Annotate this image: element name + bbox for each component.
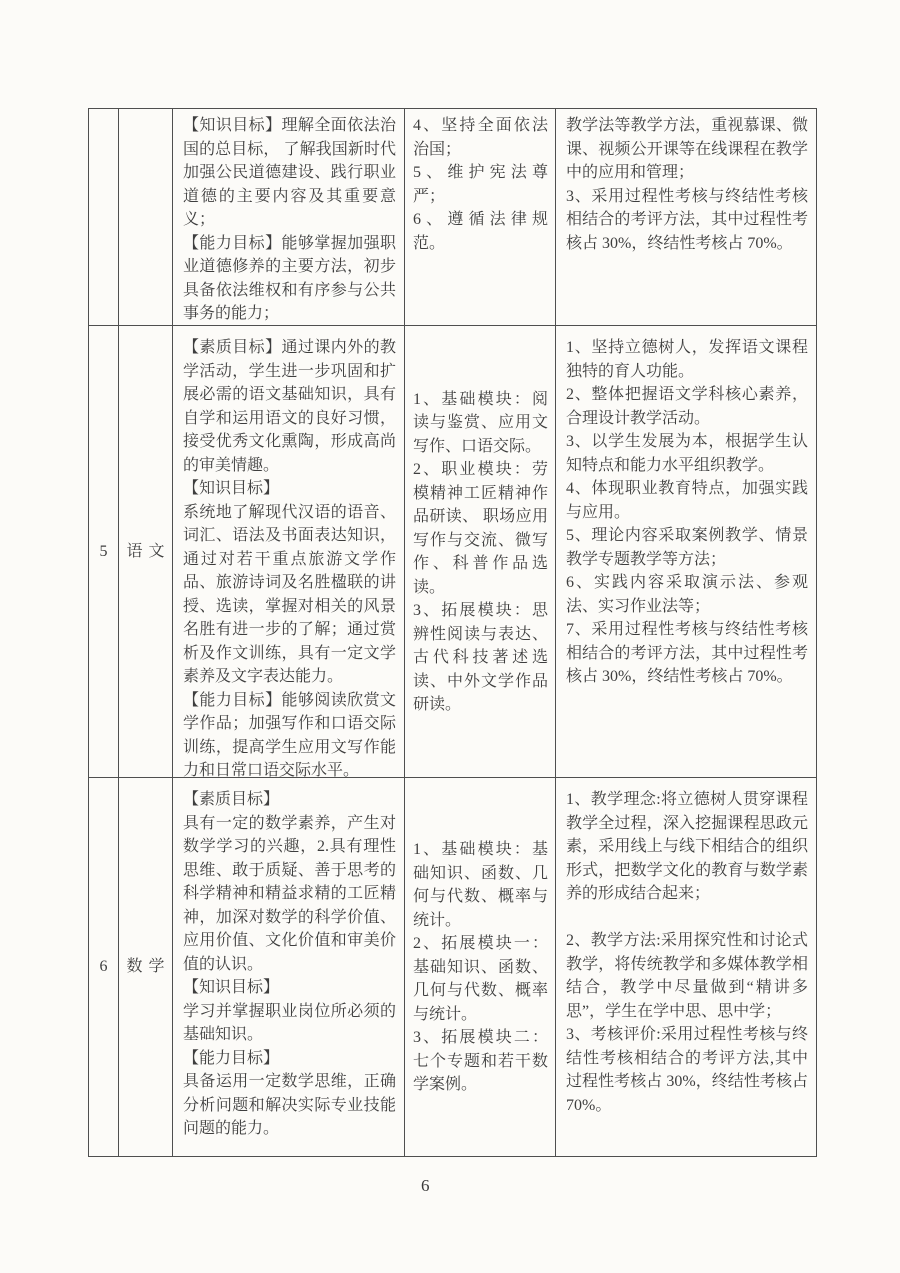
page-number: 6 xyxy=(421,1176,430,1196)
subject-cell: 数学 xyxy=(119,778,173,1156)
paragraph: 【素质目标】通过课内外的教学活动，学生进一步巩固和扩展必需的语文基础知识，具有自… xyxy=(183,336,396,477)
methods-cell: 1、教学理念:将立德树人贯穿课程教学全过程，深入挖掘课程思政元素，采用线上与线下… xyxy=(556,778,816,1156)
paragraph: 2、教学方法:采用探究性和讨论式教学，将传统教学和多媒体教学相结合，教学中尽量做… xyxy=(566,929,808,1023)
paragraph: 教学法等教学方法，重视慕课、微课、视频公开课等在线课程在教学中的应用和管理； xyxy=(566,114,808,185)
paragraph: 【知识目标】 xyxy=(183,976,396,1000)
modules-cell: 4、坚持全面依法治国；5、维护宪法尊严；6、遵循法律规范。 xyxy=(405,109,556,326)
paragraph xyxy=(566,906,808,930)
subject-cell xyxy=(119,109,173,326)
row-number-cell xyxy=(89,109,119,326)
methods-cell: 教学法等教学方法，重视慕课、微课、视频公开课等在线课程在教学中的应用和管理；3、… xyxy=(556,109,816,326)
course-table: 【知识目标】理解全面依法治国的总目标， 了解我国新时代加强公民道德建设、践行职业… xyxy=(88,108,817,1157)
document-page: 【知识目标】理解全面依法治国的总目标， 了解我国新时代加强公民道德建设、践行职业… xyxy=(0,0,900,1273)
row-number-cell: 5 xyxy=(89,326,119,778)
paragraph: 具备运用一定数学思维，正确分析问题和解决实际专业技能问题的能力。 xyxy=(183,1070,396,1141)
paragraph: 3、拓展模块：思辨性阅读与表达、 古代科技著述选读、中外文学作品研读。 xyxy=(413,599,548,717)
paragraph: 具有一定的数学素养，产生对数学学习的兴趣，2.具有理性思维、敢于质疑、善于思考的… xyxy=(183,812,396,977)
paragraph: 【知识目标】 xyxy=(183,477,396,501)
paragraph: 4、坚持全面依法治国； xyxy=(413,114,548,161)
paragraph: 【能力目标】 xyxy=(183,1047,396,1071)
paragraph: 【知识目标】理解全面依法治国的总目标， 了解我国新时代加强公民道德建设、践行职业… xyxy=(183,114,396,232)
paragraph: 学习并掌握职业岗位所必须的基础知识。 xyxy=(183,1000,396,1047)
paragraph: 3、拓展模块二：七个专题和若干数学案例。 xyxy=(413,1026,548,1097)
objectives-cell: 【知识目标】理解全面依法治国的总目标， 了解我国新时代加强公民道德建设、践行职业… xyxy=(173,109,405,326)
row-number-cell: 6 xyxy=(89,778,119,1156)
paragraph: 3、采用过程性考核与终结性考核相结合的考评方法，其中过程性考核占 30%，终结性… xyxy=(566,185,808,256)
modules-cell: 1、基础模块：基础知识、函数、几何与代数、概率与统计。2、拓展模块一：基础知识、… xyxy=(405,778,556,1156)
subject-cell: 语文 xyxy=(119,326,173,778)
paragraph: 3、以学生发展为本，根据学生认知特点和能力水平组织教学。 xyxy=(566,430,808,477)
paragraph: 【能力目标】能够掌握加强职业道德修养的主要方法，初步具备依法维权和有序参与公共事… xyxy=(183,232,396,326)
paragraph: 3、考核评价:采用过程性考核与终结性考核相结合的考评方法,其中过程性考核占 30… xyxy=(566,1023,808,1117)
paragraph: 2、职业模块：劳模精神工匠精神作品研读、 职场应用写作与交流、微写作、科普作品选… xyxy=(413,458,548,599)
paragraph: 6、实践内容采取演示法、参观法、实习作业法等； xyxy=(566,571,808,618)
paragraph: 7、采用过程性考核与终结性考核相结合的考评方法，其中过程性考核占 30%，终结性… xyxy=(566,618,808,689)
paragraph: 【素质目标】 xyxy=(183,788,396,812)
objectives-cell: 【素质目标】通过课内外的教学活动，学生进一步巩固和扩展必需的语文基础知识，具有自… xyxy=(173,326,405,778)
paragraph: 2、拓展模块一：基础知识、函数、几何与代数、概率与统计。 xyxy=(413,932,548,1026)
paragraph: 1、基础模块：阅读与鉴赏、应用文写作、口语交际。 xyxy=(413,388,548,459)
objectives-cell: 【素质目标】具有一定的数学素养，产生对数学学习的兴趣，2.具有理性思维、敢于质疑… xyxy=(173,778,405,1156)
paragraph: 4、体现职业教育特点，加强实践与应用。 xyxy=(566,477,808,524)
paragraph: 5、理论内容采取案例教学、情景教学专题教学等方法； xyxy=(566,524,808,571)
modules-cell: 1、基础模块：阅读与鉴赏、应用文写作、口语交际。2、职业模块：劳模精神工匠精神作… xyxy=(405,326,556,778)
paragraph: 5、维护宪法尊严； xyxy=(413,161,548,208)
paragraph: 2、整体把握语文学科核心素养，合理设计教学活动。 xyxy=(566,383,808,430)
paragraph: 【能力目标】能够阅读欣赏文学作品；加强写作和口语交际训练，提高学生应用文写作能力… xyxy=(183,689,396,779)
paragraph: 1、坚持立德树人，发挥语文课程独特的育人功能。 xyxy=(566,336,808,383)
methods-cell: 1、坚持立德树人，发挥语文课程独特的育人功能。2、整体把握语文学科核心素养，合理… xyxy=(556,326,816,778)
paragraph: 6、遵循法律规范。 xyxy=(413,208,548,255)
paragraph: 1、基础模块：基础知识、函数、几何与代数、概率与统计。 xyxy=(413,838,548,932)
paragraph: 系统地了解现代汉语的语音、词汇、语法及书面表达知识，通过对若干重点旅游文学作品、… xyxy=(183,501,396,689)
paragraph: 1、教学理念:将立德树人贯穿课程教学全过程，深入挖掘课程思政元素，采用线上与线下… xyxy=(566,788,808,906)
